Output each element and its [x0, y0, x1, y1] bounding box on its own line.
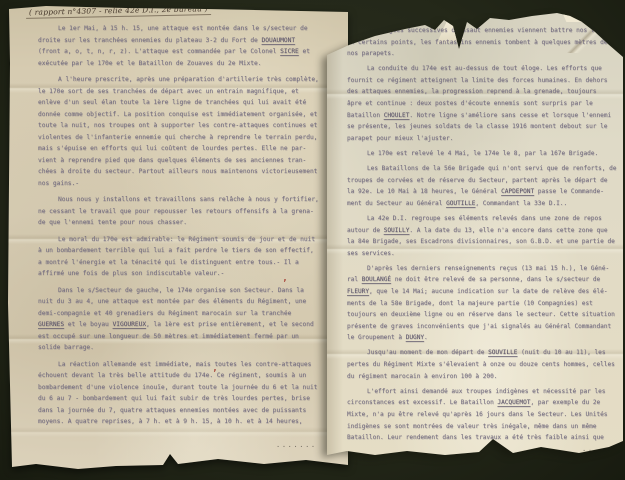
- typed-line: du régiment marocain à environ 100 à 200…: [347, 371, 621, 383]
- red-ink-mark: ’: [212, 369, 217, 379]
- typed-line: le Groupement à DUGNY.: [347, 332, 621, 344]
- paragraph: les vagues successives d'assaut ennemies…: [347, 25, 621, 60]
- typed-line: dans la journée du 7, quatre attaques en…: [38, 405, 326, 417]
- paragraph: Dans le s/Secteur de gauche, le 174e org…: [38, 285, 326, 354]
- paragraph: Le moral du 170e est admirable: le Régim…: [38, 234, 326, 280]
- proper-noun: GOUTILLE: [446, 200, 475, 207]
- typed-line: autour de SOUILLY. A la date du 13, elle…: [347, 225, 621, 237]
- typed-line: A l'heure prescrite, après une préparati…: [38, 74, 326, 86]
- typed-line: D'après les derniers renseignements reçu…: [347, 263, 621, 275]
- typed-line: La conduite du 174e est au-dessus de tou…: [347, 63, 621, 75]
- proper-noun: CHOULET: [384, 112, 410, 119]
- typed-line: présente de graves inconvénients que j'a…: [347, 321, 621, 333]
- typed-line: échouent devant la très belle attitude d…: [38, 370, 326, 382]
- typed-line: droite sur les tranchées ennemies du pla…: [38, 35, 326, 47]
- typed-line: demi-compagnie et 40 grenadiers du Régim…: [38, 308, 326, 320]
- typed-line: bombardement d'une violence inouïe, dura…: [38, 382, 326, 394]
- typed-line: Le 170e est relevé le 4 Mai, le 174e le …: [347, 148, 621, 160]
- typed-line: le 170e sort de ses tranchées de départ …: [38, 86, 326, 98]
- typed-line: fournit ce régiment atteignent la limite…: [347, 75, 621, 87]
- typed-line: mais s'épuise en efforts qui lui coûtent…: [38, 143, 326, 155]
- typed-line: La réaction allemande est immédiate, mai…: [38, 359, 326, 371]
- trailing-dots: ·······: [276, 443, 317, 451]
- typed-line: chées à droite du secteur. Partout aille…: [38, 166, 326, 178]
- proper-noun: SICRE: [280, 48, 299, 55]
- proper-noun: SOUVILLE: [488, 349, 517, 356]
- paragraph: L'effort ainsi demandé aux troupes indig…: [347, 386, 621, 444]
- typed-line: est occupé sur une longueur de 50 mètres…: [38, 331, 326, 343]
- paragraph: Le 1er Mai, à 15 h. 15, une attaque est …: [38, 23, 326, 69]
- proper-noun: JACQUEMOT: [497, 399, 530, 406]
- typed-line: La 42e D.I. regroupe ses éléments relevé…: [347, 213, 621, 225]
- paragraph: La réaction allemande est immédiate, mai…: [38, 359, 326, 428]
- typed-line: indigènes se sont montrées de valeur trè…: [347, 421, 621, 433]
- left-page-text: Le 1er Mai, à 15 h. 15, une attaque est …: [38, 23, 326, 433]
- typed-line: violentes de l'infanterie ennemie qui ch…: [38, 132, 326, 144]
- typed-line: pertes du Régiment Mixte s'élevaient à o…: [347, 359, 621, 371]
- typed-line: toujours en deuxième ligne ou en réserve…: [347, 309, 621, 321]
- typed-line: toute la nuit, nos troupes ont à support…: [38, 120, 326, 132]
- typed-line: (front a, o, t, n, r, z). L'attaque est …: [38, 46, 326, 58]
- trailing-dots: ·····: [582, 447, 611, 455]
- proper-noun: GUERNES: [38, 321, 64, 328]
- typed-line: ne cessant le travail que pour repousser…: [38, 206, 326, 218]
- typed-line: les vagues successives d'assaut ennemies…: [347, 25, 621, 37]
- typed-line: solide barrage.: [38, 342, 326, 354]
- proper-noun: BOULANGÉ: [362, 276, 391, 283]
- typed-line: affirmé une fois de plus son indiscutabl…: [38, 268, 326, 280]
- proper-noun: VIGOUREUX: [113, 321, 147, 328]
- typed-line: ment du Secteur au Général GOUTILLE, Com…: [347, 198, 621, 210]
- proper-noun: SOUILLY: [384, 227, 410, 234]
- typed-line: ral BOULANGÉ ne doit être relevé de sa p…: [347, 274, 621, 286]
- page-edge-shadow: [327, 5, 343, 467]
- typed-line: a montré l'énergie et la ténacité qui le…: [38, 257, 326, 269]
- typed-line: exécutée par le 170e et le Bataillon de …: [38, 58, 326, 70]
- typed-line: Le moral du 170e est admirable: le Régim…: [38, 234, 326, 246]
- typed-line: Jusqu'au moment de mon départ de SOUVILL…: [347, 347, 621, 359]
- paragraph: A l'heure prescrite, après une préparati…: [38, 74, 326, 189]
- typed-line: Mixte, n'a pu être relevé qu'après 16 jo…: [347, 409, 621, 421]
- paragraph: Les Bataillons de la 56e Brigade qui n'o…: [347, 163, 621, 209]
- proper-noun: DOUAUMONT: [262, 37, 296, 44]
- scanned-document: ( rapport n°4307 - relié 42e D.I., 2e bu…: [0, 0, 625, 480]
- paragraph: D'après les derniers renseignements reçu…: [347, 263, 621, 344]
- typed-line: des attaques ennemies, la progression re…: [347, 86, 621, 98]
- typed-line: la 84e Brigade, ses Escadrons divisionna…: [347, 236, 621, 248]
- typed-line: donnée comme objectif. La position conqu…: [38, 109, 326, 121]
- typed-line: enlève d'un seul élan toute la 1ère lign…: [38, 97, 326, 109]
- typed-line: nos parapets.: [347, 48, 621, 60]
- paragraph: Nous nous y installons et travaillons sa…: [38, 194, 326, 229]
- left-page: ( rapport n°4307 - relié 42e D.I., 2e bu…: [6, 3, 348, 471]
- red-ink-mark: ’: [282, 279, 287, 289]
- typed-line: nos gains.-: [38, 178, 326, 190]
- typed-line: nuit du 3 au 4, une attaque est montée p…: [38, 296, 326, 308]
- typed-line: En certains points, les fantassins ennem…: [347, 37, 621, 49]
- right-page-text: les vagues successives d'assaut ennemies…: [347, 25, 621, 447]
- typed-line: de que l'ennemi tente pour nous chasser.: [38, 217, 326, 229]
- proper-noun: DUGNY: [406, 334, 424, 341]
- typed-line: Bataillon. Leur rendement dans les trava…: [347, 432, 621, 444]
- left-page-paper: ( rapport n°4307 - relié 42e D.I., 2e bu…: [6, 3, 348, 471]
- paragraph: La conduite du 174e est au-dessus de tou…: [347, 63, 621, 144]
- right-page: les vagues successives d'assaut ennemies…: [327, 5, 623, 467]
- typed-line: se présente, les jeunes soldats de la cl…: [347, 121, 621, 133]
- typed-line: Bataillon CHOULET. Notre ligne s'amélior…: [347, 110, 621, 122]
- typed-line: troupes de corvées et de réserve du Sect…: [347, 175, 621, 187]
- paragraph: La 42e D.I. regroupe ses éléments relevé…: [347, 213, 621, 259]
- typed-line: la 92e. Le 10 Mai à 18 heures, le Généra…: [347, 186, 621, 198]
- typed-line: Nous nous y installons et travaillons sa…: [38, 194, 326, 206]
- typed-line: FLEURY, que le 14 Mai; aucune indication…: [347, 286, 621, 298]
- typed-line: L'effort ainsi demandé aux troupes indig…: [347, 386, 621, 398]
- typed-line: Le 1er Mai, à 15 h. 15, une attaque est …: [38, 23, 326, 35]
- typed-line: moyens. A quatre reprises, à 7 h. et à 9…: [38, 416, 326, 428]
- typed-line: ses services.: [347, 248, 621, 260]
- typed-line: âpre et continue : deux postes d'écoute …: [347, 98, 621, 110]
- typed-line: à un bombardement terrible qui lui a fai…: [38, 245, 326, 257]
- typed-line: du 6 au 7 - bombardement qui lui fait su…: [38, 393, 326, 405]
- typed-line: GUERNES et le boyau VIGOUREUX, la 1ère e…: [38, 319, 326, 331]
- paragraph: Jusqu'au moment de mon départ de SOUVILL…: [347, 347, 621, 382]
- proper-noun: FLEURY: [347, 288, 369, 295]
- proper-noun: CAPDEPONT: [501, 188, 534, 195]
- typed-line: vient à reprendre pied que dans quelques…: [38, 155, 326, 167]
- right-page-paper: les vagues successives d'assaut ennemies…: [327, 5, 623, 467]
- typed-line: parapet pour mieux l'ajuster.: [347, 133, 621, 145]
- typed-line: ments de la 58e Brigade, dont la majeure…: [347, 298, 621, 310]
- handwritten-annotation: ( rapport n°4307 - relié 42e D.I., 2e bu…: [26, 4, 211, 19]
- typed-line: circonstances est excessif. Le Bataillon…: [347, 397, 621, 409]
- typed-line: Les Bataillons de la 56e Brigade qui n'o…: [347, 163, 621, 175]
- paragraph: Le 170e est relevé le 4 Mai, le 174e le …: [347, 148, 621, 160]
